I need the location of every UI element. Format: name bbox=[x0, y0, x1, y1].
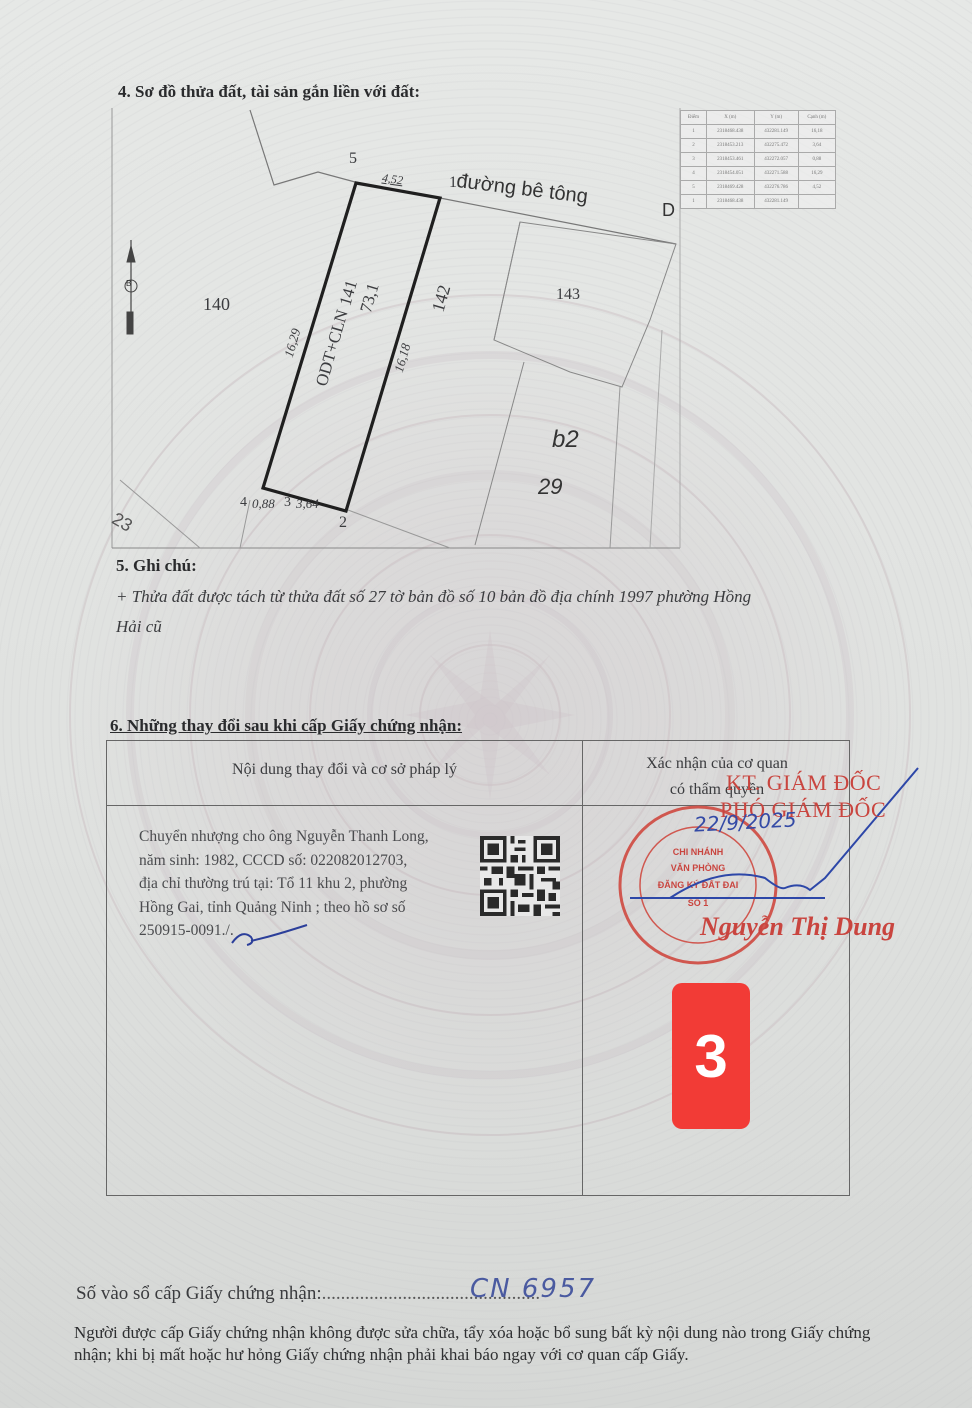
coord-header: Cạnh (m) bbox=[798, 111, 835, 125]
vertex-label-1: 1 bbox=[449, 174, 457, 192]
initial-signature bbox=[227, 921, 317, 951]
warning-notice: Người được cấp Giấy chứng nhận không đượ… bbox=[74, 1322, 904, 1366]
section-5-title: 5. Ghi chú: bbox=[116, 556, 197, 576]
stamp-line-3: ĐĂNG KÝ ĐẤT ĐAI bbox=[658, 879, 739, 890]
edge-length-top: 4,52 bbox=[381, 171, 404, 189]
note-line-1: + Thửa đất được tách từ thửa đất số 27 t… bbox=[116, 582, 876, 612]
coord-row: 22318453.213432275.4723,64 bbox=[681, 139, 836, 153]
coordinate-table: Điểm X (m) Y (m) Cạnh (m) 12318468.43843… bbox=[680, 110, 836, 209]
coord-row: 42318454.051432271.58816,29 bbox=[681, 167, 836, 181]
coord-header: Y (m) bbox=[754, 111, 798, 125]
signer-title-line-1: KT. GIÁM ĐỐC bbox=[726, 770, 881, 796]
vertex-label-2: 2 bbox=[339, 514, 347, 532]
sheet-number: 29 bbox=[538, 474, 562, 500]
stamp-line-2: VĂN PHÒNG bbox=[671, 862, 726, 873]
registration-number: CN 6957 bbox=[470, 1274, 596, 1304]
coord-header: Điểm bbox=[681, 111, 707, 125]
coord-header: X (m) bbox=[706, 111, 754, 125]
edge-length-bottom-right: 3,64 bbox=[296, 496, 319, 512]
signer-name: Nguyễn Thị Dung bbox=[700, 912, 895, 942]
vertex-label-5: 5 bbox=[349, 150, 357, 168]
sheet-label: b2 bbox=[552, 426, 579, 454]
north-arrow-label: B bbox=[126, 279, 131, 288]
coord-row: 12318468.438432281.149 bbox=[681, 195, 836, 209]
note-line-2: Hải cũ bbox=[116, 612, 876, 642]
edge-length-bottom-left: 0,88 bbox=[252, 496, 275, 512]
map-corner-label: D bbox=[662, 200, 675, 221]
registration-label: Số vào sổ cấp Giấy chứng nhận: bbox=[76, 1283, 322, 1304]
neighbor-parcel-140: 140 bbox=[203, 294, 230, 315]
section-6-title: 6. Những thay đổi sau khi cấp Giấy chứng… bbox=[110, 716, 462, 736]
coord-row: 32318453.461432272.0570,88 bbox=[681, 153, 836, 167]
land-parcel-map bbox=[0, 0, 972, 560]
col-header-content: Nội dung thay đổi và cơ sở pháp lý bbox=[107, 761, 582, 779]
vertex-label-4: 4 bbox=[240, 495, 247, 511]
stamp-line-1: CHI NHÁNH bbox=[673, 847, 724, 857]
coord-row: 12318468.438432281.14916,18 bbox=[681, 125, 836, 139]
vertex-label-3: 3 bbox=[284, 495, 291, 511]
neighbor-parcel-143: 143 bbox=[556, 286, 580, 304]
note-text: + Thửa đất được tách từ thửa đất số 27 t… bbox=[116, 582, 876, 642]
coord-row: 52318469.428432276.7864,52 bbox=[681, 181, 836, 195]
qr-code-icon bbox=[480, 836, 560, 916]
page-number-badge: 3 bbox=[672, 983, 750, 1129]
